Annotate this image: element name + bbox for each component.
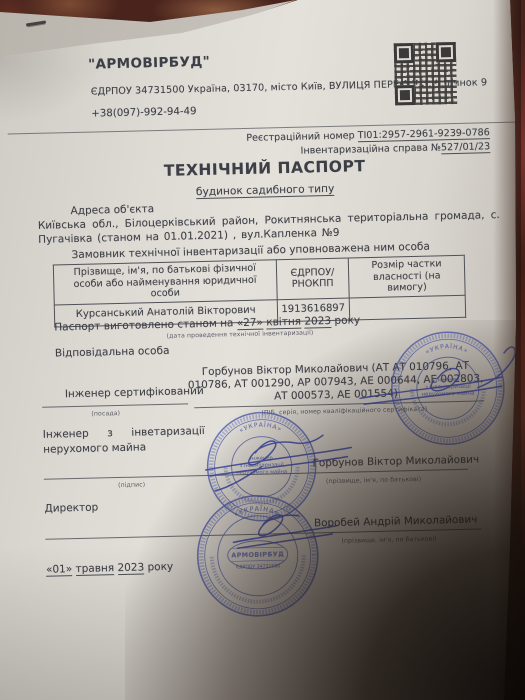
- inventory-engineer-position: Інженер з інветаризації нерухомого майна: [43, 424, 206, 457]
- company-stamp: «УКРАЇНА» АРМОВІРБУД ЄДРПОУ 34731500: [196, 494, 319, 617]
- position-note: (посада): [91, 410, 120, 418]
- engineer-name: Горбунов Віктор Миколайович: [312, 454, 479, 470]
- document-content: "АРМОВІРБУД" ЄДРПОУ 34731500 Україна, 03…: [0, 0, 525, 700]
- photo-scene: "АРМОВІРБУД" ЄДРПОУ 34731500 Україна, 03…: [0, 0, 525, 700]
- owner-name-header: Прізвище, ім'я, по батькові фізичної осо…: [53, 260, 276, 305]
- position-underline: [42, 403, 188, 407]
- stamp-country-text: «УКРАЇНА»: [233, 503, 281, 518]
- director-position: Директор: [44, 502, 98, 515]
- company-name: "АРМОВІРБУД": [88, 54, 210, 73]
- svg-text:Інженер: Інженер: [250, 455, 274, 462]
- director-name-note: (прізвище, ім'я, по батькові): [341, 536, 436, 545]
- responsible-label: Відповідальна особа: [55, 345, 170, 360]
- engineer-name-note: (прізвище, ім'я, по батькові): [326, 476, 421, 485]
- document-subtitle: будинок садибного типу: [5, 178, 525, 202]
- issued-day: «27»: [237, 317, 264, 331]
- company-stamp-edrpou: ЄДРПОУ 34731500: [236, 563, 280, 570]
- stamp-country-text: «УКРАЇНА»: [424, 343, 469, 356]
- company-phone: +38(097)-992-94-49: [91, 106, 197, 119]
- qr-code-icon: [394, 42, 457, 105]
- certified-engineer-position: Інженер сертифікований: [65, 385, 204, 400]
- issued-month: квітня: [266, 316, 301, 330]
- signature-note: (підпис): [118, 481, 145, 489]
- footer-date: «01» травня 2023 року: [46, 561, 173, 576]
- inventory-case-number: 527/01/23: [441, 141, 490, 154]
- issued-year: 2023: [304, 315, 331, 329]
- owner-share-header: Розмір частки власності (на вимогу): [348, 255, 465, 297]
- engineer-stamp-middle: «УКРАЇНА» Інженер з інвентаризації нерух…: [206, 411, 317, 522]
- director-name: Воробей Андрій Миколайович: [314, 514, 478, 530]
- svg-text:з інвентаризації: з інвентаризації: [240, 462, 285, 469]
- engineer-certificates: Горбунов Віктор Миколайович (АТ АТ 01079…: [185, 359, 486, 406]
- qr-finder-icon: [394, 43, 414, 63]
- company-stamp-name: АРМОВІРБУД: [231, 550, 284, 559]
- stamp-country-text: «УКРАЇНА»: [238, 421, 283, 434]
- issued-note: (дата проведення технічної інвентаризаці…: [166, 329, 313, 339]
- address-label: Адреса об'єкта: [70, 203, 154, 217]
- qr-finder-icon: [436, 42, 456, 62]
- qr-finder-icon: [395, 85, 415, 105]
- paper-sheet: "АРМОВІРБУД" ЄДРПОУ 34731500 Україна, 03…: [0, 0, 525, 700]
- owner-code-header: ЄДРПОУ/ РНОКПП: [276, 258, 350, 299]
- owner-share-cell: [349, 295, 465, 320]
